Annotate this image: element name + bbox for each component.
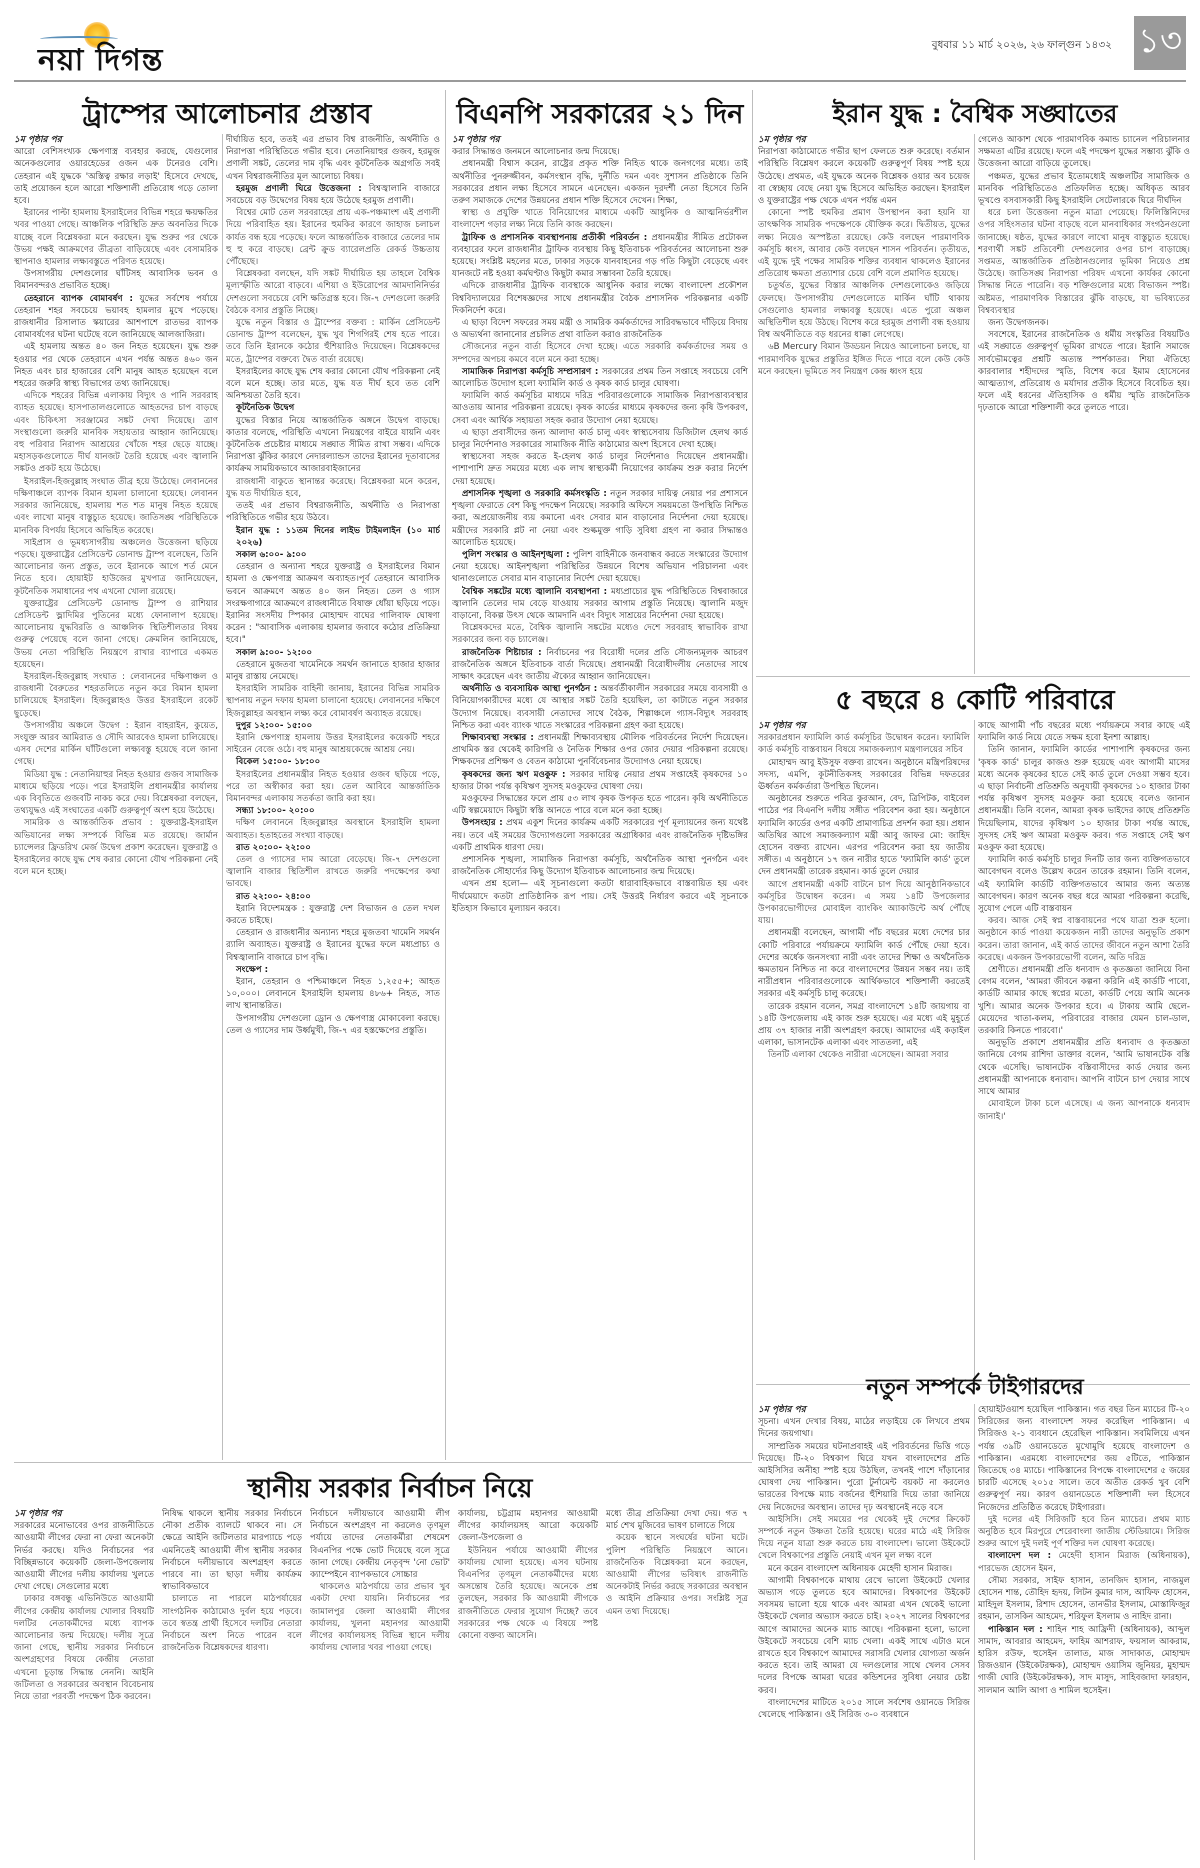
masthead-divider xyxy=(14,80,1186,82)
paragraph: প্রশাসনিক শৃঙ্খলা ও সরকারি কর্মসংস্কৃতি … xyxy=(452,488,748,549)
column-divider xyxy=(222,134,223,1460)
tigers-column-1: ১ম পৃষ্ঠার পর সূচনা। এখন দেখার বিষয়, মা… xyxy=(758,1404,970,1860)
body-text: বিশ্লেষকরা বলছেন, যদি সঙ্কট দীর্ঘায়িত হ… xyxy=(226,268,440,317)
paragraph: প্রধানমন্ত্রী বলেছেন, আগামী পাঁচ বছরের ম… xyxy=(758,927,970,1000)
body-text: মিডিয়া যুদ্ধ : নেতানিয়াহুর নিহত হওয়ার… xyxy=(14,769,218,818)
paragraph: ইসরাইলের কাছে যুদ্ধ শেষ করার কোনো যৌথ পর… xyxy=(226,366,440,403)
body-text: বিশ্লেষকদের মতে, বৈশ্বিক জ্বালানি সঙ্কটে… xyxy=(452,622,748,646)
paragraph: আরো বেশিসংখ্যক ক্ষেপণাস্ত্র ব্যবহার করছে… xyxy=(14,146,218,207)
subheading: কূটনৈতিক উদ্বেগ xyxy=(226,402,440,414)
subheading: পুলিশ সংস্কার ও আইনশৃঙ্খলা : xyxy=(462,550,570,560)
subheading: অর্থনীতি ও ব্যবসায়িক আস্থা পুনর্গঠন : xyxy=(462,684,597,694)
paragraph: অর্থনীতি ও ব্যবসায়িক আস্থা পুনর্গঠন : অ… xyxy=(452,683,748,732)
body-text: ইরানি ক্ষেপণাস্ত্র হামলায় উত্তর ইসরাইলে… xyxy=(226,732,440,756)
iran-column-1: ১ম পৃষ্ঠার পর নিরাপত্তা কাঠামোতে গভীর ছা… xyxy=(758,134,970,674)
subheading: রাজনৈতিক শিষ্টাচার : xyxy=(462,648,542,658)
subheading: উপসংহার : xyxy=(462,818,503,828)
paragraph: উপসংহার : প্রথম একুশ দিনের কার্যক্রম একট… xyxy=(452,817,748,854)
body-text: ইউনিয়ন পর্যায়ে আওয়ামী লীগের কার্যালয়… xyxy=(458,1545,598,1643)
body-text: চতুর্থত, যুদ্ধের বিস্তার আঞ্চলিক দেশগুলো… xyxy=(758,280,970,341)
localgov-column-1: ১ম পৃষ্ঠার পর সরকারের মনোভাবের ওপর রাজনী… xyxy=(14,1508,154,1860)
iran-column-2: গেলেও আকাশ থেকে পারমাণবিক কমান্ড চ্যানেল… xyxy=(978,134,1190,674)
masthead: নয়া দিগন্ত বুধবার ১১ মার্চ ২০২৬, ২৬ ফাল… xyxy=(0,0,1200,82)
localgov-column-2: নিষিদ্ধ থাকলে স্থানীয় সরকার নির্বাচনে ন… xyxy=(162,1508,302,1860)
body-text: এদিকে শহরের বিভিন্ন এলাকায় বিদ্যুৎ ও পা… xyxy=(14,390,218,475)
timeline-slot: সন্ধ্যা ১৮:০০- ২০:০০ xyxy=(226,805,440,817)
paragraph: সাম্প্রতিক সময়ের ঘটনাপ্রবাহই এই পরিবর্ত… xyxy=(758,1441,970,1514)
timeline-slot: বিকেল ১৫:০০- ১৮:০০ xyxy=(226,756,440,768)
paragraph: রাজনৈতিক শিষ্টাচার : নির্বাচনের পর বিরোধ… xyxy=(452,647,748,684)
summary-title: সংক্ষেপ : xyxy=(226,964,440,976)
headline-local-gov: স্থানীয় সরকার নির্বাচন নিয়ে xyxy=(180,1468,600,1512)
paragraph: এ ছাড়া প্রবাসীদের জন্য আলাদা কার্ড চালু… xyxy=(452,427,748,451)
paragraph: নির্বাচনে দলীয়ভাবে আওয়ামী লীগ নির্বাচন… xyxy=(310,1508,450,1581)
paragraph: মোহাম্মদ আবু ইউসুফ বক্তব্য রাখেন। অনুষ্ঠ… xyxy=(758,757,970,794)
paragraph: পঞ্চমত, যুদ্ধের প্রভাব ইতোমধ্যেই অঞ্চলটি… xyxy=(978,171,1190,208)
page-number: ১৩ xyxy=(1134,16,1186,70)
body-text: সরকারপ্রধান ফ্যামিলি কার্ড কর্মসূচির উদ্… xyxy=(758,732,970,756)
paragraph: এদিকে রাজধানীর ট্রাফিক ব্যবস্থাকে আধুনিক… xyxy=(452,280,748,317)
continued-label: ১ম পৃষ্ঠার পর xyxy=(452,134,748,146)
paragraph: সূচনা। এখন দেখার বিষয়, মাঠের লড়াইয়ে ক… xyxy=(758,1416,970,1440)
headline-iran: ইরান যুদ্ধ : বৈশ্বিক সঙ্ঘাতের xyxy=(760,94,1190,137)
body-text: রাজধানী বাকুতে স্থানান্তর করেছে। বিশ্লেষ… xyxy=(226,476,440,500)
paragraph: স্বাস্থ্যসেবা সহজ করতে ই-হেলথ কার্ড চালু… xyxy=(452,451,748,488)
tigers-column-2: হোয়াইটওয়াশ হয়েছিল পাকিস্তান। গত বছর ত… xyxy=(978,1404,1190,1860)
body-text: বাংলাদেশ দল : মেহেদী হাসান মিরাজ (অধিনায… xyxy=(978,1550,1190,1574)
section-divider xyxy=(752,90,753,1460)
body-text: থাকলেও মাঠপর্যায়ে তার প্রভাব খুব একটা দ… xyxy=(310,1581,450,1654)
paragraph: মনে করেন বাংলাদেশ অধিনায়ক মেহেদী হাসান … xyxy=(758,1563,970,1575)
continued-label: ১ম পৃষ্ঠার পর xyxy=(758,134,970,146)
subheading: তেহরানে ব্যাপক বোমাবর্ষণ : xyxy=(24,294,133,304)
body-text: করব। আজ সেই স্বপ্ন বাস্তবায়নের পথে যাত্… xyxy=(978,915,1190,964)
localgov-column-3: নির্বাচনে দলীয়ভাবে আওয়ামী লীগ নির্বাচন… xyxy=(310,1508,450,1860)
body-text: ইসরাইল-হিজবুল্লাহ সংঘাত : লেবাননের দক্ষি… xyxy=(14,671,218,720)
continued-label: ১ম পৃষ্ঠার পর xyxy=(14,134,218,146)
paragraph: আগামী বিশ্বকাপকে মাথায় রেখে ভালো উইকেটে… xyxy=(758,1575,970,1697)
paragraph: ততই এর প্রভাব বিশ্বরাজনীতি, অর্থনীতি ও ন… xyxy=(226,500,440,524)
paragraph: প্রধানমন্ত্রী বিশ্বাস করেন, রাষ্ট্রের প্… xyxy=(452,158,748,207)
paragraph: নিরাপত্তা কাঠামোতে গভীর ছাপ ফেলতে শুরু ক… xyxy=(758,146,970,207)
body-text: কয়েক স্থানে সংঘর্ষের ঘটনা ঘটে। পুলিশ পর… xyxy=(606,1532,748,1617)
paragraph: সামাজিক নিরাপত্তা কর্মসূচি সম্প্রসারণ : … xyxy=(452,366,748,390)
paragraph: মওকুফের সিদ্ধান্তের ফলে প্রায় ৫৩ লাখ কৃ… xyxy=(452,793,748,817)
body-text: আইসিসি। সেই সময়ের পর থেকেই দুই দেশের ক্… xyxy=(758,1514,970,1563)
paragraph: হরমুজ প্রণালী ঘিরে উত্তেজনা : বিশ্বজ্বাল… xyxy=(226,183,440,207)
body-text: যুক্তরাষ্ট্রের প্রেসিডেন্ট ডোনাল্ড ট্রাম… xyxy=(14,598,218,671)
paragraph: ফ্যামিলি কার্ড কর্মসূচির মাধ্যমে দরিদ্র … xyxy=(452,390,748,427)
paragraph: করার সিদ্ধান্তও জনমনে আলোচনার জন্ম দিয়ে… xyxy=(452,146,748,158)
paragraph: গেলেও আকাশ থেকে পারমাণবিক কমান্ড চ্যানেল… xyxy=(978,134,1190,171)
localgov-column-5: মধ্যে তীব্র প্রতিক্রিয়া দেখা দেয়। গত ৭… xyxy=(606,1508,748,1860)
body-text: উপসাগরীয় অঞ্চলে উদ্বেগ : ইরান বাহরাইন, … xyxy=(14,720,218,769)
section-divider xyxy=(14,1462,752,1463)
family-column-1: ১ম পৃষ্ঠার পর সরকারপ্রধান ফ্যামিলি কার্ড… xyxy=(758,720,970,1380)
paragraph: কৃষকদের জন্য ঋণ মওকুফ : সরকার দায়িত্ব ন… xyxy=(452,769,748,793)
newspaper-logo: নয়া দিগন্ত xyxy=(18,20,208,68)
body-text: চালাতে না পারলে মাঠপর্যায়ের সাংগঠনিক কা… xyxy=(162,1593,302,1654)
paragraph: যুদ্ধের বিস্তার নিয়ে আন্তর্জাতিক অঙ্গনে… xyxy=(226,415,440,476)
body-text: ৬B Mercury বিমান উড্ডয়ন নিয়েও আলোচনা চ… xyxy=(758,341,970,378)
paragraph: তিনি জানান, ফ্যামিলি কার্ডের পাশাপাশি কৃ… xyxy=(978,744,1190,854)
subheading: প্রশাসনিক শৃঙ্খলা ও সরকারি কর্মসংস্কৃতি … xyxy=(462,489,607,499)
paragraph: এখন প্রশ্ন হলো— এই সূচনাগুলো কতটা ধারাবা… xyxy=(452,878,748,915)
subheading: হরমুজ প্রণালী ঘিরে উত্তেজনা : xyxy=(236,184,362,194)
body-text: ইরানের পাল্টা হামলায় ইসরাইলের বিভিন্ন শ… xyxy=(14,207,218,268)
paragraph: কার্যালয়, চট্টগ্রাম মহানগর আওয়ামী লীগে… xyxy=(458,1508,598,1545)
paragraph: এই হামলায় অন্তত ৪০ জন নিহত হয়েছেন। যুদ… xyxy=(14,341,218,390)
paragraph: সরকারের মনোভাবের ওপর রাজনীতিতে আওয়ামী ল… xyxy=(14,1520,154,1593)
timeline-entry: তেহরানে মুজতবা খামেনিকে সমর্থন জানাতে হা… xyxy=(226,659,440,683)
family-column-2: কাছে আগামী পাঁচ বছরের মধ্যে পর্যায়ক্রমে… xyxy=(978,720,1190,1380)
continued-label: ১ম পৃষ্ঠার পর xyxy=(14,1508,154,1520)
column-divider xyxy=(974,134,975,674)
section-divider xyxy=(756,676,1190,677)
subheading: সামাজিক নিরাপত্তা কর্মসূচি সম্প্রসারণ : xyxy=(462,367,598,377)
team-label: পাকিস্তান দল : xyxy=(988,1625,1043,1635)
bnp-column: ১ম পৃষ্ঠার পর করার সিদ্ধান্তও জনমনে আলোচ… xyxy=(452,134,748,1460)
paragraph: এ ছাড়া বিদেশ সফরের সময় মন্ত্রী ও সামরি… xyxy=(452,317,748,341)
body-text: আগে প্রধানমন্ত্রী একটি বাটনে চাপ দিয়ে আ… xyxy=(758,879,970,928)
headline-trump: ট্রাম্পের আলোচনার প্রস্তাব xyxy=(14,94,440,139)
paragraph: হোয়াইটওয়াশ হয়েছিল পাকিস্তান। গত বছর ত… xyxy=(978,1404,1190,1514)
continued-label: ১ম পৃষ্ঠার পর xyxy=(758,720,970,732)
body-text: তেল ও গ্যাসের দাম আরো বেড়েছে। জি-৭ দেশগ… xyxy=(226,854,440,891)
localgov-column-4: কার্যালয়, চট্টগ্রাম মহানগর আওয়ামী লীগে… xyxy=(458,1508,598,1860)
body-text: স্বাস্থ্য ও প্রযুক্তি খাতে বিনিয়োগের মা… xyxy=(452,207,748,231)
timeline-entry: ইরানি বিদেশমন্ত্রক : যুক্তরাষ্ট্র দেশ বি… xyxy=(226,903,440,927)
body-text: সৌজন্যের নতুন বার্তা হিসেবে দেখা হচ্ছে। … xyxy=(452,341,748,365)
paragraph: শিক্ষাব্যবস্থা সংস্কার : প্রধানমন্ত্রী শ… xyxy=(452,732,748,769)
body-text: ধরে চলা উত্তেজনা নতুন মাত্রা পেয়েছে। ফি… xyxy=(978,207,1190,317)
body-text: দক্ষিণ লেবাননে হিজবুল্লাহর অবস্থানে ইসরা… xyxy=(226,817,440,841)
paragraph: দীর্ঘায়িত হবে, ততই এর প্রভাব বিশ্ব রাজন… xyxy=(226,134,440,183)
body-text: যুদ্ধে নতুন বিস্তার ও ট্রাম্পের বক্তব্য … xyxy=(226,317,440,366)
paragraph: বৈশ্বিক সঙ্কটের মধ্যে জ্বালানি ব্যবস্থাপ… xyxy=(452,586,748,623)
column-divider xyxy=(974,720,975,1380)
trump-column-2: দীর্ঘায়িত হবে, ততই এর প্রভাব বিশ্ব রাজন… xyxy=(226,134,440,1460)
dateline: বুধবার ১১ মার্চ ২০২৬, ২৬ ফাল্গুন ১৪৩২ xyxy=(932,38,1112,55)
body-text: কোনো স্পষ্ট হুমকির প্রমাণ উপস্থাপন করা হ… xyxy=(758,207,970,280)
body-text: ইসরাইলের প্রধানমন্ত্রীর নিহত হওয়ার গুজব… xyxy=(226,769,440,806)
headline-family-card: ৫ বছরে ৪ কোটি পরিবারে xyxy=(760,680,1190,725)
headline-bnp: বিএনপি সরকারের ২১ দিন xyxy=(450,94,750,139)
timeline-slot: রাত ২২:০০- ২৪:০০ xyxy=(226,891,440,903)
body-text: মোবাইলে টাকা চলে এসেছে। এ জন্য আপনাকে ধন… xyxy=(978,1098,1190,1122)
paragraph: ট্রাফিক ও প্রশাসনিক ব্যবস্থাপনায় প্রতীক… xyxy=(452,232,748,281)
trump-column-1: ১ম পৃষ্ঠার পর আরো বেশিসংখ্যক ক্ষেপণাস্ত্… xyxy=(14,134,218,1460)
headline-tigers: নতুন সম্পর্কে টাইগারদের xyxy=(760,1370,1190,1407)
body-text: সামরিক ও আন্তর্জাতিক প্রভাব : যুক্তরাষ্ট… xyxy=(14,817,218,878)
subheading: শিক্ষাব্যবস্থা সংস্কার : xyxy=(462,733,534,743)
body-text: ইসরাইলি সামরিক বাহিনী জানায়, ইরানের বিভ… xyxy=(226,683,440,720)
timeline-slot: সকাল ৬:০০- ৯:০০ xyxy=(226,549,440,561)
body-text: ঢাকার বঙ্গবন্ধু এভিনিউতে আওয়ামী লীগের ক… xyxy=(14,1593,154,1703)
section-divider xyxy=(445,90,446,1460)
subheading: ট্রাফিক ও প্রশাসনিক ব্যবস্থাপনায় প্রতীক… xyxy=(462,233,647,243)
column-divider xyxy=(974,1404,975,1860)
paragraph: নিষিদ্ধ থাকলে স্থানীয় সরকার নির্বাচনে ন… xyxy=(162,1508,302,1593)
body-text: বিশ্বের মোট তেল সরবরাহের প্রায় এক-পঞ্চম… xyxy=(226,207,440,268)
paragraph: বাংলাদেশের মাটিতে ২০১৫ সালে সর্বশেষ ওয়া… xyxy=(758,1697,970,1721)
subheading: বৈশ্বিক সঙ্কটের মধ্যে জ্বালানি ব্যবস্থাপ… xyxy=(462,587,607,597)
timeline-entry: তেহরান ও অন্যান্য শহরে যুক্তরাষ্ট্র ও ইস… xyxy=(226,561,440,646)
body-text: ইসরাইল-হিজবুল্লাহ সংঘাত তীব্র হয়ে উঠেছে… xyxy=(14,476,218,537)
paragraph: পুলিশ সংস্কার ও আইনশৃঙ্খলা : পুলিশ বাহিন… xyxy=(452,549,748,586)
paragraph: প্রশাসনিক শৃঙ্খলা, সামাজিক নিরাপত্তা কর্… xyxy=(452,854,748,878)
body-text: তিনটি এলাকা থেকেও নারীরা এসেছেন। আমরা সব… xyxy=(758,1049,970,1061)
body-text: সাইপ্রাস ও ভূমধ্যসাগরীয় অঞ্চলেও উত্তেজন… xyxy=(14,537,218,598)
squad-list: সৌম্য সরকার, সাইফ হাসান, তানজিদ হাসান, ন… xyxy=(978,1575,1190,1624)
summary-text: ইরান, তেহরান ও পশ্চিমাঞ্চলে নিহত ১,২৫৫+;… xyxy=(226,976,440,1013)
paragraph: তেহরানে ব্যাপক বোমাবর্ষণ : যুদ্ধের সর্বশ… xyxy=(14,293,218,342)
paragraph: অনুভূতি প্রকাশে প্রধানমন্ত্রীর প্রতি ধন্… xyxy=(978,1037,1190,1098)
squad-list: পাকিস্তান দল : শাহিন শাহ আফ্রিদী (অধিনায… xyxy=(978,1624,1190,1697)
paragraph: জন্য উদ্বেগজনক। xyxy=(978,317,1190,329)
paragraph: শ্রেণীতে। প্রধানমন্ত্রী প্রতি ধন্যবাদ ও … xyxy=(978,964,1190,1037)
paragraph: তারেক রহমান বলেন, সমগ্র বাংলাদেশে ১৪টি জ… xyxy=(758,1001,970,1050)
timeline-entry: তেহরান ও রাজধানীর অন্যান্য শহরে মুজতবা খ… xyxy=(226,927,440,964)
timeline-slot: সকাল ৯:০০- ১২:০০ xyxy=(226,647,440,659)
paragraph: কাছে আগামী পাঁচ বছরের মধ্যে পর্যায়ক্রমে… xyxy=(978,720,1190,744)
paragraph: উপসাগরীয় দেশগুলো ড্রোন ও ক্ষেপণাস্ত্র ম… xyxy=(226,1013,440,1037)
body-text: দুই দলের এই সিরিজটি হবে তিন ম্যাচের। প্র… xyxy=(978,1514,1190,1551)
timeline-title: ইরান যুদ্ধ : ১১তম দিনের লাইভ টাইমলাইন (১… xyxy=(226,525,440,549)
paragraph: উপসাগরীয় দেশগুলোর ঘাঁটিসহ আবাসিক ভবন ও … xyxy=(14,268,218,292)
continued-label: ১ম পৃষ্ঠার পর xyxy=(758,1404,970,1416)
paragraph: অনুষ্ঠানের শুরুতে পবিত্র কুরআন, বেদ, ত্র… xyxy=(758,793,970,878)
paragraph: মধ্যে তীব্র প্রতিক্রিয়া দেখা দেয়। গত ৭… xyxy=(606,1508,748,1532)
paragraph: ফ্যামিলি কার্ড কর্মসূচি চালুর দিনটি তার … xyxy=(978,854,1190,915)
subheading: কৃষকদের জন্য ঋণ মওকুফ : xyxy=(462,770,565,780)
paragraph: সবশেষে, ইরানের রাজনৈতিক ও ধর্মীয় সংস্কৃ… xyxy=(978,329,1190,414)
timeline-slot: দুপুর ১২:০০- ১৫:০০ xyxy=(226,720,440,732)
timeline-slot: রাত ২০:০০- ২২:০০ xyxy=(226,842,440,854)
